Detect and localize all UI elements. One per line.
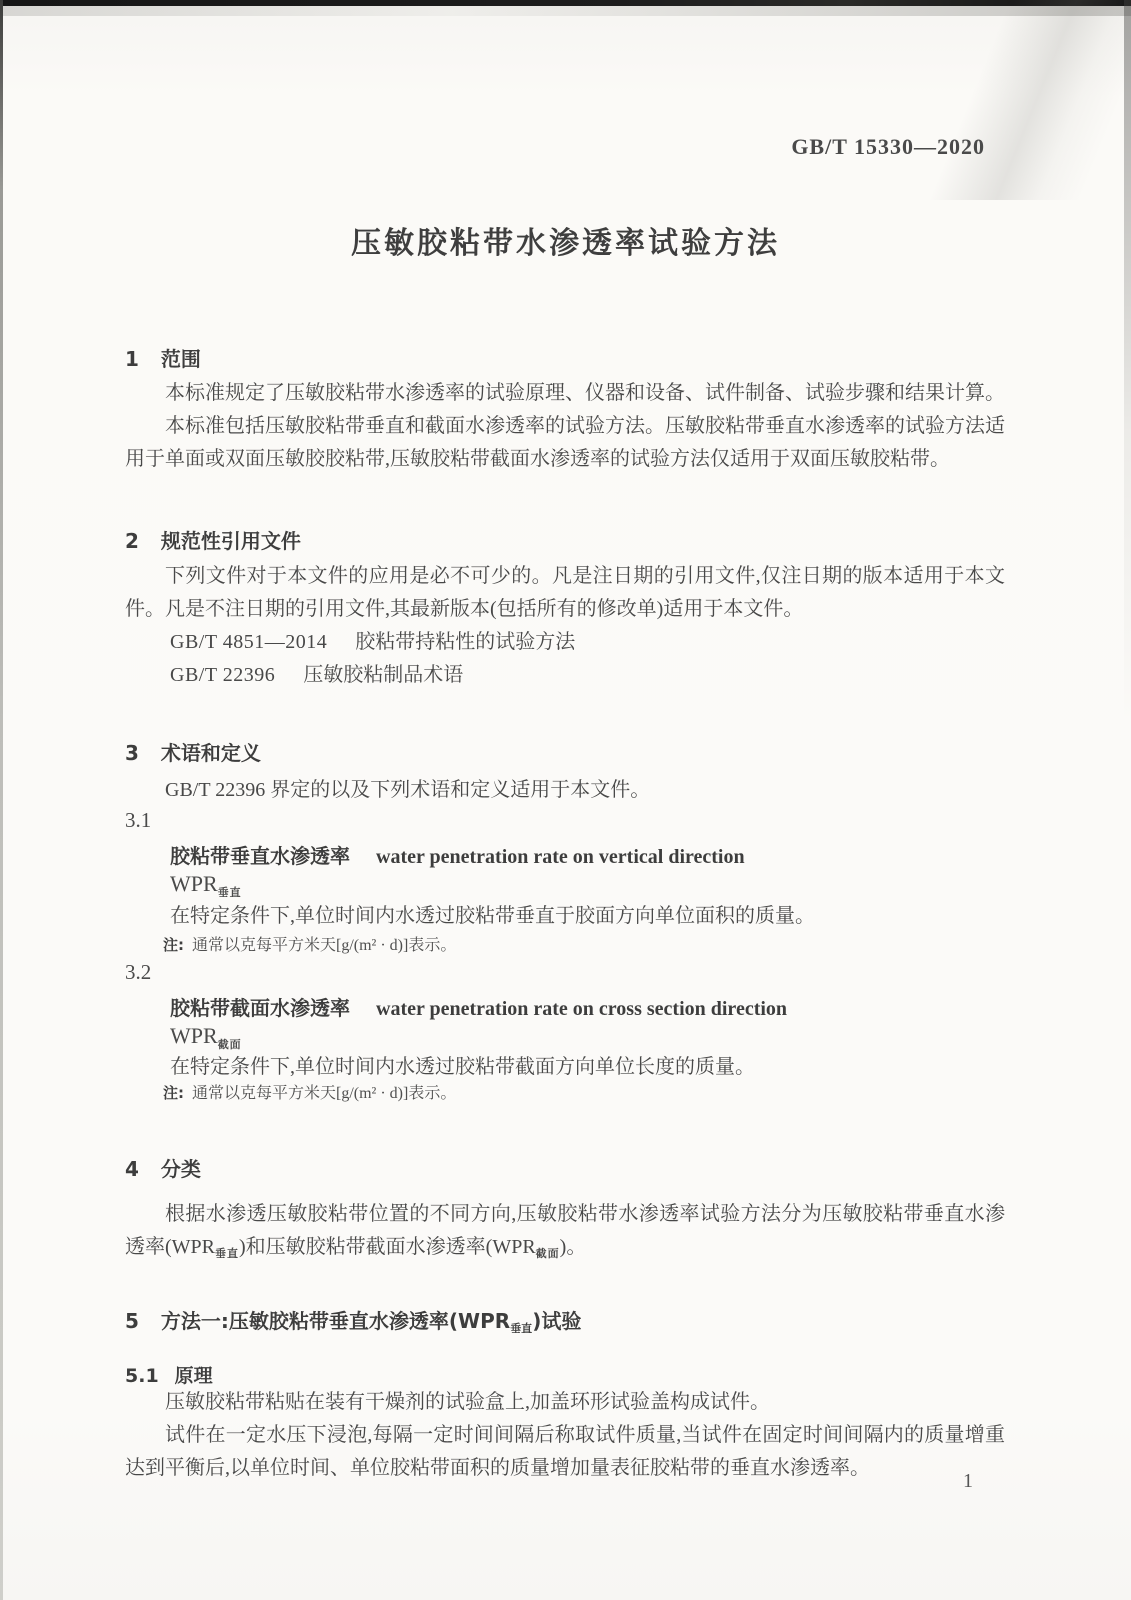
- term-3-1-definition: 在特定条件下,单位时间内水透过胶粘带垂直于胶面方向单位面积的质量。: [125, 901, 1050, 931]
- paragraph-references-intro: 下列文件对于本文件的应用是必不可少的。凡是注日期的引用文件,仅注日期的版本适用于…: [125, 560, 1005, 626]
- note-label: 注:: [163, 936, 184, 954]
- term-name-zh: 胶粘带垂直水渗透率: [170, 844, 350, 868]
- subscript: 垂直: [510, 1322, 532, 1335]
- term-name-zh: 胶粘带截面水渗透率: [170, 996, 350, 1020]
- section-5-1-heading: 5.1原理: [125, 1361, 1005, 1388]
- term-3-1-name: 胶粘带垂直水渗透率water penetration rate on verti…: [125, 840, 1050, 869]
- text-run: )和压敏胶粘带截面水渗透率(WPR: [239, 1236, 536, 1258]
- scan-edge-right: [1124, 0, 1131, 720]
- subscript: 截面: [536, 1247, 560, 1260]
- document-page: GB/T 15330—2020 压敏胶粘带水渗透率试验方法 1范围 本标准规定了…: [0, 0, 1131, 1600]
- page-number: 1: [963, 1470, 973, 1493]
- symbol-base: WPR: [170, 871, 218, 896]
- section-number: 2: [125, 529, 139, 553]
- paragraph-scope-2: 本标准包括压敏胶粘带垂直和截面水渗透率的试验方法。压敏胶粘带垂直水渗透率的试验方…: [125, 410, 1005, 476]
- symbol-subscript: 截面: [218, 1038, 242, 1051]
- text-run: 方法一:压敏胶粘带垂直水渗透率(WPR: [161, 1309, 510, 1333]
- term-3-2-id: 3.2: [125, 960, 1005, 985]
- section-4-heading: 4分类: [125, 1153, 1005, 1182]
- scan-haze-top: [0, 6, 1131, 16]
- paragraph-principle-2: 试件在一定水压下浸泡,每隔一定时间间隔后称取试件质量,当试件在固定时间间隔内的质…: [125, 1419, 1005, 1485]
- section-number: 1: [125, 347, 139, 371]
- reference-title: 压敏胶粘制品术语: [303, 664, 463, 686]
- paragraph-scope-1: 本标准规定了压敏胶粘带水渗透率的试验原理、仪器和设备、试件制备、试验步骤和结果计…: [125, 377, 1005, 410]
- term-3-1-symbol: WPR垂直: [125, 871, 1050, 900]
- section-title: 术语和定义: [161, 741, 261, 765]
- section-title: 原理: [175, 1365, 213, 1387]
- reference-title: 胶粘带持粘性的试验方法: [355, 631, 575, 653]
- section-number: 5: [125, 1309, 139, 1333]
- term-name-en: water penetration rate on cross section …: [376, 998, 787, 1020]
- paragraph-principle-1: 压敏胶粘带粘贴在装有干燥剂的试验盒上,加盖环形试验盖构成试件。: [125, 1386, 1005, 1419]
- document-title: 压敏胶粘带水渗透率试验方法: [0, 218, 1131, 262]
- section-number: 4: [125, 1157, 139, 1181]
- text-run: )。: [560, 1236, 587, 1258]
- section-3-heading: 3术语和定义: [125, 737, 1005, 766]
- text-run: )试验: [532, 1309, 581, 1333]
- reference-code: GB/T 22396: [170, 664, 275, 686]
- term-3-2-symbol: WPR截面: [125, 1023, 1050, 1052]
- term-3-2-definition: 在特定条件下,单位时间内水透过胶粘带截面方向单位长度的质量。: [125, 1052, 1050, 1082]
- symbol-base: WPR: [170, 1023, 218, 1048]
- scan-shade-top-right: [791, 0, 1131, 200]
- reference-item-1: GB/T 4851—2014胶粘带持粘性的试验方法: [125, 626, 1050, 659]
- section-5-heading: 5方法一:压敏胶粘带垂直水渗透率(WPR垂直)试验: [125, 1305, 1005, 1336]
- term-3-2-note: 注:通常以克每平方米天[g/(m² · d)]表示。: [125, 1080, 1043, 1103]
- note-text: 通常以克每平方米天[g/(m² · d)]表示。: [192, 1085, 456, 1102]
- section-number: 3: [125, 741, 139, 765]
- note-text: 通常以克每平方米天[g/(m² · d)]表示。: [192, 937, 456, 954]
- term-name-en: water penetration rate on vertical direc…: [376, 846, 745, 868]
- term-3-1-note: 注:通常以克每平方米天[g/(m² · d)]表示。: [125, 932, 1043, 955]
- section-title: 方法一:压敏胶粘带垂直水渗透率(WPR垂直)试验: [161, 1309, 581, 1333]
- section-1-heading: 1范围: [125, 343, 1005, 372]
- symbol-subscript: 垂直: [218, 886, 242, 899]
- section-title: 范围: [161, 347, 201, 371]
- section-title: 规范性引用文件: [161, 529, 301, 553]
- section-2-heading: 2规范性引用文件: [125, 525, 1005, 554]
- reference-item-2: GB/T 22396压敏胶粘制品术语: [125, 659, 1050, 692]
- section-title: 分类: [161, 1157, 201, 1181]
- standard-code: GB/T 15330—2020: [791, 134, 985, 160]
- term-3-1-id: 3.1: [125, 808, 1005, 833]
- subscript: 垂直: [215, 1247, 239, 1260]
- paragraph-terms-intro: GB/T 22396 界定的以及下列术语和定义适用于本文件。: [125, 774, 1005, 807]
- note-label: 注:: [163, 1084, 184, 1102]
- reference-code: GB/T 4851—2014: [170, 631, 327, 653]
- section-number: 5.1: [125, 1365, 159, 1387]
- term-3-2-name: 胶粘带截面水渗透率water penetration rate on cross…: [125, 992, 1050, 1021]
- paragraph-classification: 根据水渗透压敏胶粘带位置的不同方向,压敏胶粘带水渗透率试验方法分为压敏胶粘带垂直…: [125, 1198, 1005, 1270]
